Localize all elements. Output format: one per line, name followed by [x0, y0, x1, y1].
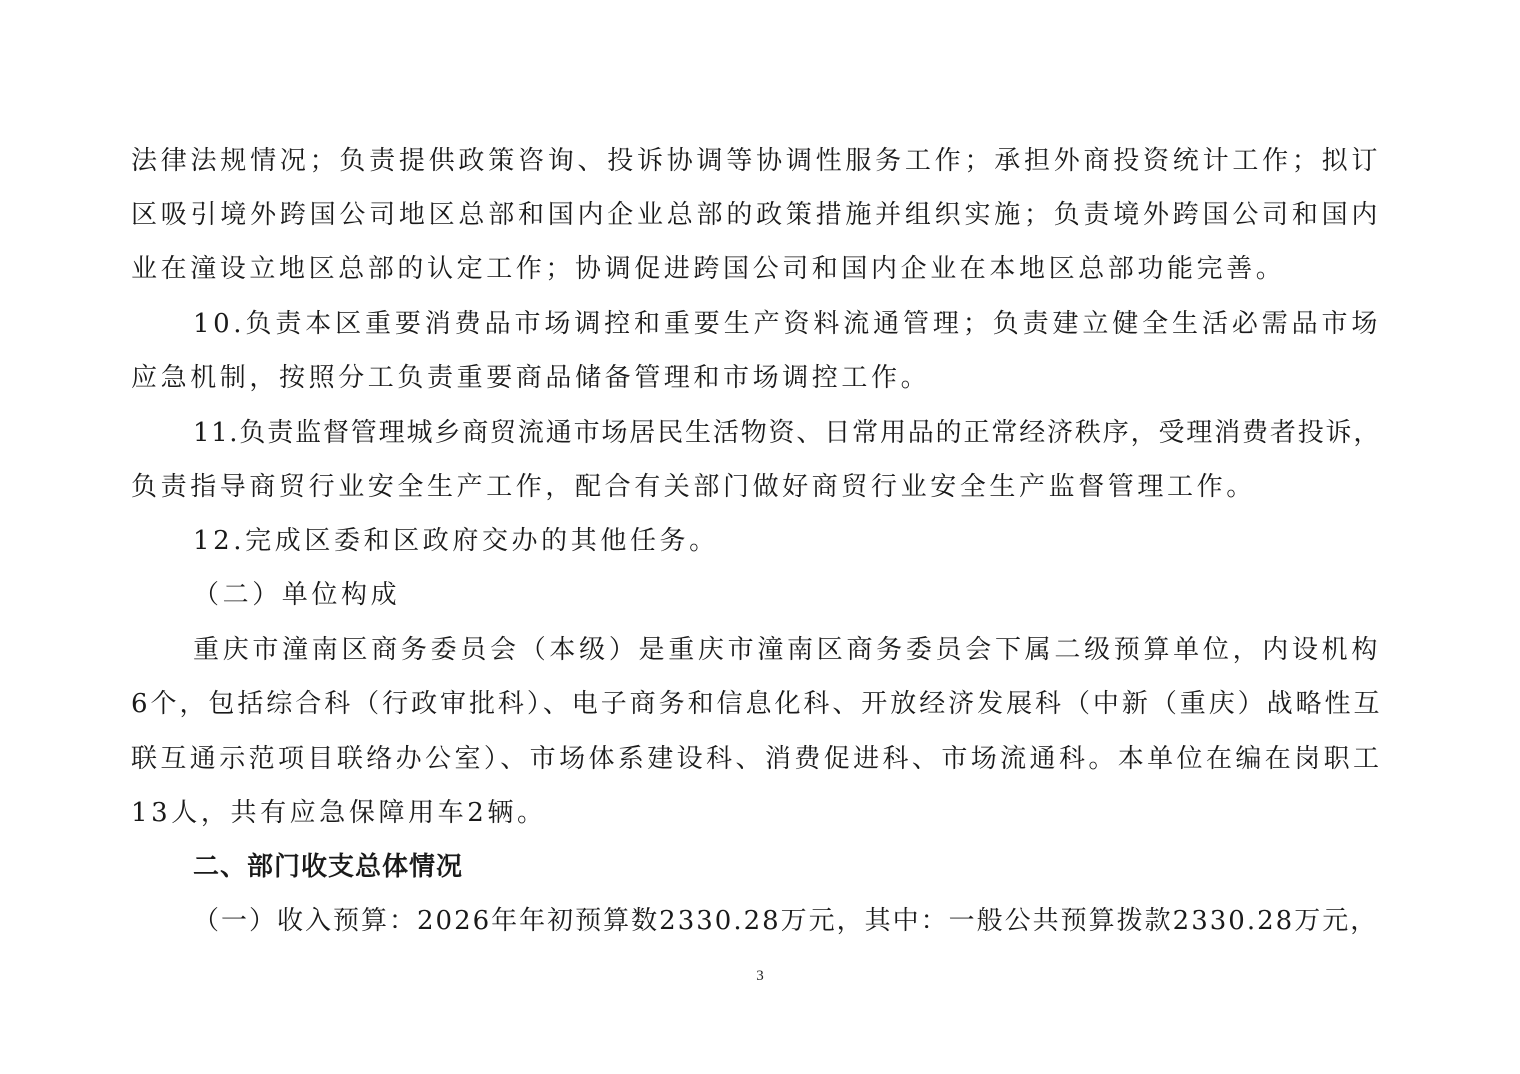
paragraph-line: 13人，共有应急保障用车2辆。	[131, 796, 1381, 830]
list-item-10: 10.负责本区重要消费品市场调控和重要生产资料流通管理；负责建立健全生活必需品市…	[193, 307, 1381, 341]
list-item-11: 11.负责监督管理城乡商贸流通市场居民生活物资、日常用品的正常经济秩序，受理消费…	[193, 416, 1381, 450]
list-item-12: 12.完成区委和区政府交办的其他任务。	[193, 524, 1381, 558]
section-heading: 二、部门收支总体情况	[193, 850, 1381, 884]
page-number: 3	[0, 968, 1520, 985]
paragraph-line: 应急机制，按照分工负责重要商品储备管理和市场调控工作。	[131, 361, 1381, 395]
paragraph-line: 6个，包括综合科（行政审批科）、电子商务和信息化科、开放经济发展科（中新（重庆）…	[131, 687, 1381, 721]
paragraph-line: 区吸引境外跨国公司地区总部和国内企业总部的政策措施并组织实施；负责境外跨国公司和…	[131, 198, 1381, 232]
paragraph-line: 负责指导商贸行业安全生产工作，配合有关部门做好商贸行业安全生产监督管理工作。	[131, 470, 1381, 504]
paragraph-line: 重庆市潼南区商务委员会（本级）是重庆市潼南区商务委员会下属二级预算单位，内设机构…	[193, 633, 1381, 667]
paragraph-line: 业在潼设立地区总部的认定工作；协调促进跨国公司和国内企业在本地区总部功能完善。	[131, 252, 1381, 286]
paragraph-line: （一）收入预算：2026年年初预算数2330.28万元，其中：一般公共预算拨款2…	[193, 904, 1381, 938]
paragraph-line: 法律法规情况；负责提供政策咨询、投诉协调等协调性服务工作；承担外商投资统计工作；…	[131, 144, 1381, 178]
document-page: 法律法规情况；负责提供政策咨询、投诉协调等协调性服务工作；承担外商投资统计工作；…	[0, 0, 1520, 1074]
subsection-heading: （二）单位构成	[193, 578, 1381, 612]
paragraph-line: 联互通示范项目联络办公室）、市场体系建设科、消费促进科、市场流通科。本单位在编在…	[131, 742, 1381, 776]
